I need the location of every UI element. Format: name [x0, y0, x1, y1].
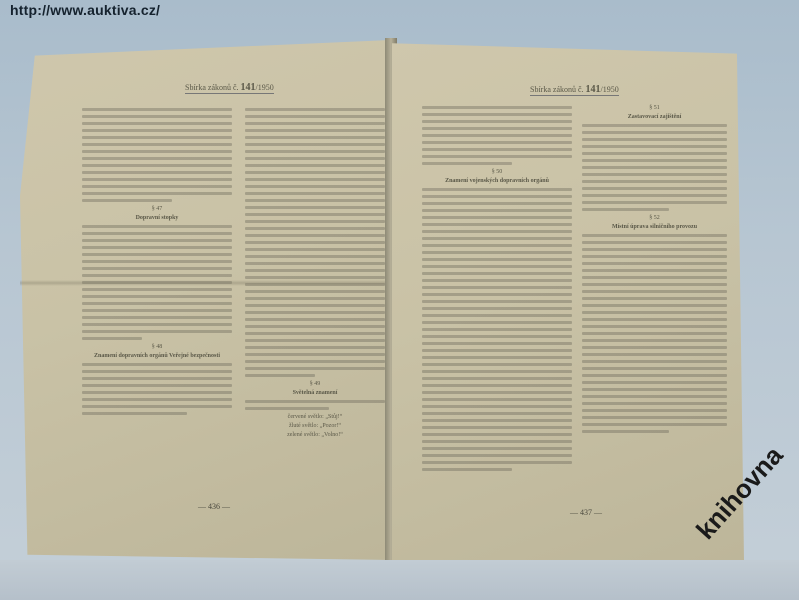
- section-47-title: Dopravní stopky: [82, 215, 232, 221]
- table-surface: [0, 560, 799, 600]
- header-number: 141: [241, 82, 256, 93]
- section-48: § 48: [82, 344, 232, 350]
- right-column-1: § 50 Znamení vojenských dopravních orgán…: [422, 102, 572, 475]
- section-51-title: Zastavovací zajištění: [582, 114, 727, 120]
- section-50-title: Znamení vojenských dopravních orgánů: [422, 178, 572, 184]
- section-52: § 52: [582, 215, 727, 221]
- section-52-title: Místní úprava silničního provozu: [582, 224, 727, 230]
- signal-green: zelené světlo: „Volno!“: [245, 432, 385, 438]
- left-page: Sbírka zákonů č. 141/1950 § 47 Dopravní …: [20, 40, 390, 560]
- left-page-number: — 436 —: [198, 502, 230, 511]
- right-page: Sbírka zákonů č. 141/1950 § 50 Znamení v…: [392, 38, 744, 560]
- section-50: § 50: [422, 169, 572, 175]
- section-51: § 51: [582, 105, 727, 111]
- header-year: /1950: [601, 85, 619, 94]
- section-48-title: Znamení dopravních orgánů Veřejné bezpeč…: [82, 353, 232, 359]
- header-year: /1950: [256, 83, 274, 92]
- signal-yellow: žluté světlo: „Pozor!“: [245, 423, 385, 429]
- right-page-number: — 437 —: [570, 508, 602, 517]
- header-number: 141: [586, 84, 601, 95]
- right-page-header: Sbírka zákonů č. 141/1950: [530, 84, 619, 96]
- page-fold: [20, 280, 390, 286]
- section-49-title: Světelná znamení: [245, 390, 385, 396]
- header-prefix: Sbírka zákonů č.: [530, 85, 584, 94]
- right-column-2: § 51 Zastavovací zajištění § 52 Místní ú…: [582, 102, 727, 437]
- section-47: § 47: [82, 206, 232, 212]
- left-column-2: § 49 Světelná znamení červené světlo: „S…: [245, 104, 385, 441]
- header-prefix: Sbírka zákonů č.: [185, 83, 239, 92]
- signal-red: červené světlo: „Stůj!“: [245, 414, 385, 420]
- section-49: § 49: [245, 381, 385, 387]
- left-page-header: Sbírka zákonů č. 141/1950: [185, 82, 274, 94]
- left-column-1: § 47 Dopravní stopky § 48 Znamení doprav…: [82, 104, 232, 419]
- watermark-url: http://www.auktiva.cz/: [10, 2, 160, 18]
